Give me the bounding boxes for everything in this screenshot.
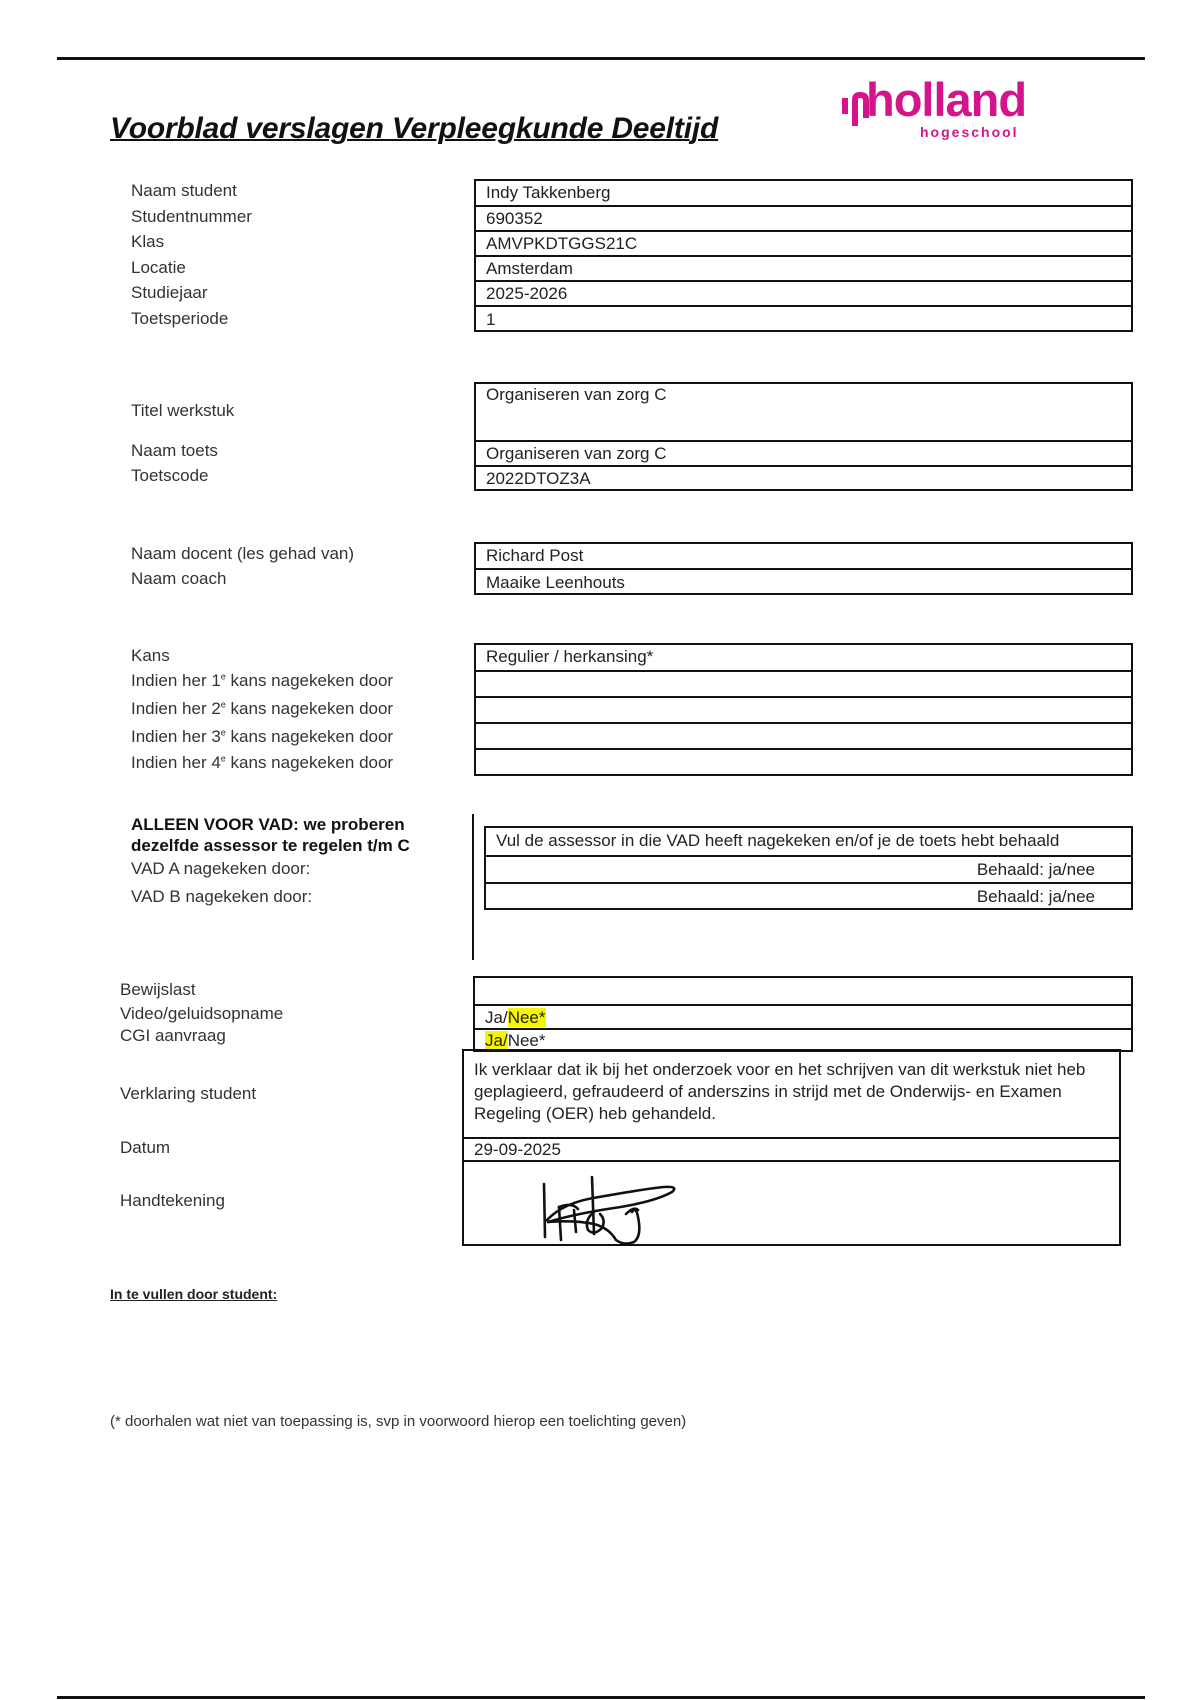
field-handtekening[interactable] bbox=[464, 1160, 1119, 1246]
work-info-table: Organiseren van zorg C Organiseren van z… bbox=[474, 382, 1133, 491]
chance-table: Regulier / herkansing* bbox=[474, 643, 1133, 776]
label-her-kans-1: Indien her 1e kans nagekeken door bbox=[131, 671, 393, 691]
cgi-ja-highlight: Ja/ bbox=[485, 1031, 508, 1050]
vad-table: Vul de assessor in die VAD heeft nagekek… bbox=[484, 826, 1133, 910]
label-toetsperiode: Toetsperiode bbox=[131, 309, 228, 329]
field-naam-coach[interactable]: Maaike Leenhouts bbox=[476, 568, 1131, 595]
field-studiejaar[interactable]: 2025-2026 bbox=[476, 280, 1131, 306]
field-her-kans-1[interactable] bbox=[476, 670, 1131, 697]
label-studiejaar: Studiejaar bbox=[131, 283, 208, 303]
label-verklaring: Verklaring student bbox=[120, 1084, 256, 1104]
label-her-kans-2: Indien her 2e kans nagekeken door bbox=[131, 699, 393, 719]
field-her-kans-4[interactable] bbox=[476, 748, 1131, 776]
label-naam-toets: Naam toets bbox=[131, 441, 218, 461]
field-video[interactable]: Ja/Nee* bbox=[475, 1004, 1131, 1029]
fill-in-note: In te vullen door student: bbox=[110, 1286, 277, 1302]
field-locatie[interactable]: Amsterdam bbox=[476, 255, 1131, 281]
label-titel-werkstuk: Titel werkstuk bbox=[131, 401, 234, 421]
field-vad-a[interactable]: Behaald: ja/nee bbox=[486, 855, 1131, 883]
teacher-info-table: Richard Post Maaike Leenhouts bbox=[474, 542, 1133, 595]
field-kans[interactable]: Regulier / herkansing* bbox=[476, 645, 1131, 671]
vad-heading-line2: dezelfde assessor te regelen t/m C bbox=[131, 836, 410, 856]
label-bewijslast: Bewijslast bbox=[120, 980, 196, 1000]
field-toetscode[interactable]: 2022DTOZ3A bbox=[476, 465, 1131, 491]
label-vad-b: VAD B nagekeken door: bbox=[131, 887, 312, 907]
label-studentnummer: Studentnummer bbox=[131, 207, 252, 227]
label-handtekening: Handtekening bbox=[120, 1191, 225, 1211]
evidence-table: Ja/Nee* Ja/Nee* bbox=[473, 976, 1133, 1052]
label-toetscode: Toetscode bbox=[131, 466, 209, 486]
field-vad-b[interactable]: Behaald: ja/nee bbox=[486, 882, 1131, 910]
bottom-rule bbox=[57, 1696, 1145, 1699]
video-nee-highlight: Nee* bbox=[508, 1008, 546, 1027]
field-naam-toets[interactable]: Organiseren van zorg C bbox=[476, 440, 1131, 466]
vad-heading-line1: ALLEEN VOOR VAD: we proberen bbox=[131, 815, 405, 835]
label-her-kans-3: Indien her 3e kans nagekeken door bbox=[131, 727, 393, 747]
field-her-kans-3[interactable] bbox=[476, 722, 1131, 749]
label-locatie: Locatie bbox=[131, 258, 186, 278]
field-studentnummer[interactable]: 690352 bbox=[476, 205, 1131, 231]
field-datum[interactable]: 29-09-2025 bbox=[464, 1137, 1119, 1161]
logo-subtitle: hogeschool bbox=[920, 124, 1019, 140]
field-naam-student[interactable]: Indy Takkenberg bbox=[476, 181, 1131, 206]
label-naam-coach: Naam coach bbox=[131, 569, 226, 589]
inholland-logo: holland hogeschool bbox=[842, 72, 1082, 152]
label-klas: Klas bbox=[131, 232, 164, 252]
label-kans: Kans bbox=[131, 646, 170, 666]
field-her-kans-2[interactable] bbox=[476, 696, 1131, 723]
label-datum: Datum bbox=[120, 1138, 170, 1158]
student-info-table: Indy Takkenberg 690352 AMVPKDTGGS21C Ams… bbox=[474, 179, 1133, 332]
field-bewijslast[interactable] bbox=[475, 978, 1131, 1005]
vad-instruction: Vul de assessor in die VAD heeft nagekek… bbox=[486, 828, 1131, 856]
label-video: Video/geluidsopname bbox=[120, 1004, 283, 1024]
field-klas[interactable]: AMVPKDTGGS21C bbox=[476, 230, 1131, 256]
logo-wordmark: holland bbox=[866, 72, 1026, 127]
declaration-table: Ik verklaar dat ik bij het onderzoek voo… bbox=[462, 1049, 1121, 1246]
signature-icon bbox=[534, 1162, 734, 1246]
field-naam-docent[interactable]: Richard Post bbox=[476, 544, 1131, 569]
vad-side-bar bbox=[472, 814, 474, 960]
asterisk-note: (* doorhalen wat niet van toepassing is,… bbox=[110, 1413, 686, 1430]
label-naam-student: Naam student bbox=[131, 181, 237, 201]
field-toetsperiode[interactable]: 1 bbox=[476, 305, 1131, 332]
label-naam-docent: Naam docent (les gehad van) bbox=[131, 544, 354, 564]
field-titel-werkstuk[interactable]: Organiseren van zorg C bbox=[476, 384, 1131, 441]
page-title: Voorblad verslagen Verpleegkunde Deeltij… bbox=[110, 112, 718, 146]
label-vad-a: VAD A nagekeken door: bbox=[131, 859, 310, 879]
top-rule bbox=[57, 57, 1145, 60]
declaration-text: Ik verklaar dat ik bij het onderzoek voo… bbox=[464, 1051, 1119, 1138]
label-cgi: CGI aanvraag bbox=[120, 1026, 226, 1046]
label-her-kans-4: Indien her 4e kans nagekeken door bbox=[131, 753, 393, 773]
